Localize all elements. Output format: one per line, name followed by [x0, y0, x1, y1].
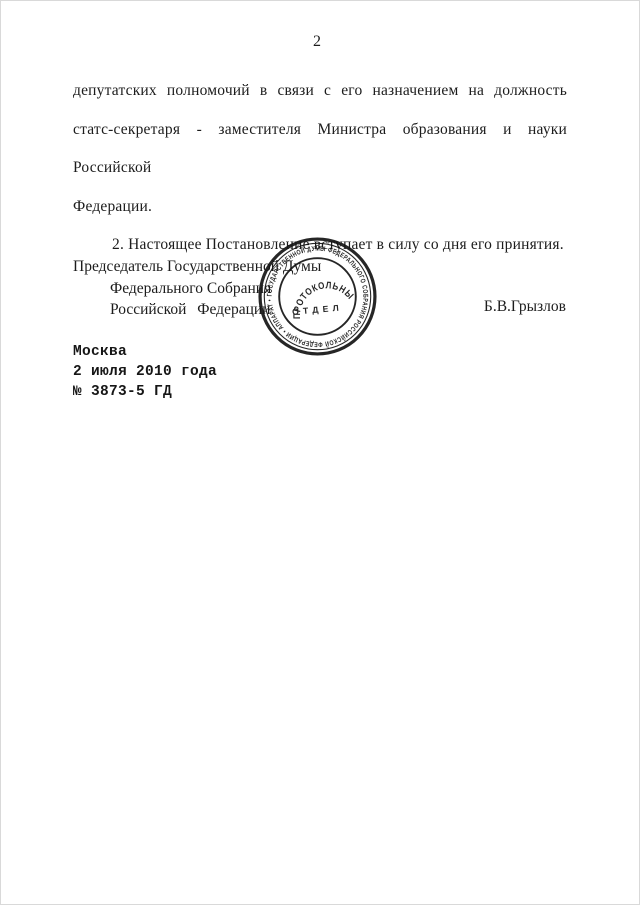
paragraph-1-line-2: статс-секретаря - заместителя Министра о… — [73, 111, 567, 188]
issue-block: Москва 2 июля 2010 года № 3873-5 ГД — [73, 342, 217, 402]
issue-date: 2 июля 2010 года — [73, 362, 217, 382]
signatory-name: Б.В.Грызлов — [484, 299, 566, 315]
body-text: депутатских полномочий в связи с его наз… — [73, 72, 567, 265]
issue-number: № 3873-5 ГД — [73, 382, 217, 402]
page-number: 2 — [0, 33, 634, 51]
signature-title-line-2: Федерального Собрания — [73, 278, 567, 300]
document-page: 2 депутатских полномочий в связи с его н… — [0, 0, 640, 905]
signature-title-line-1: Председатель Государственной Думы — [73, 256, 567, 278]
paragraph-1-line-3: Федерации. — [73, 188, 567, 227]
paragraph-1-line-1: депутатских полномочий в связи с его наз… — [73, 72, 567, 111]
issue-city: Москва — [73, 342, 217, 362]
